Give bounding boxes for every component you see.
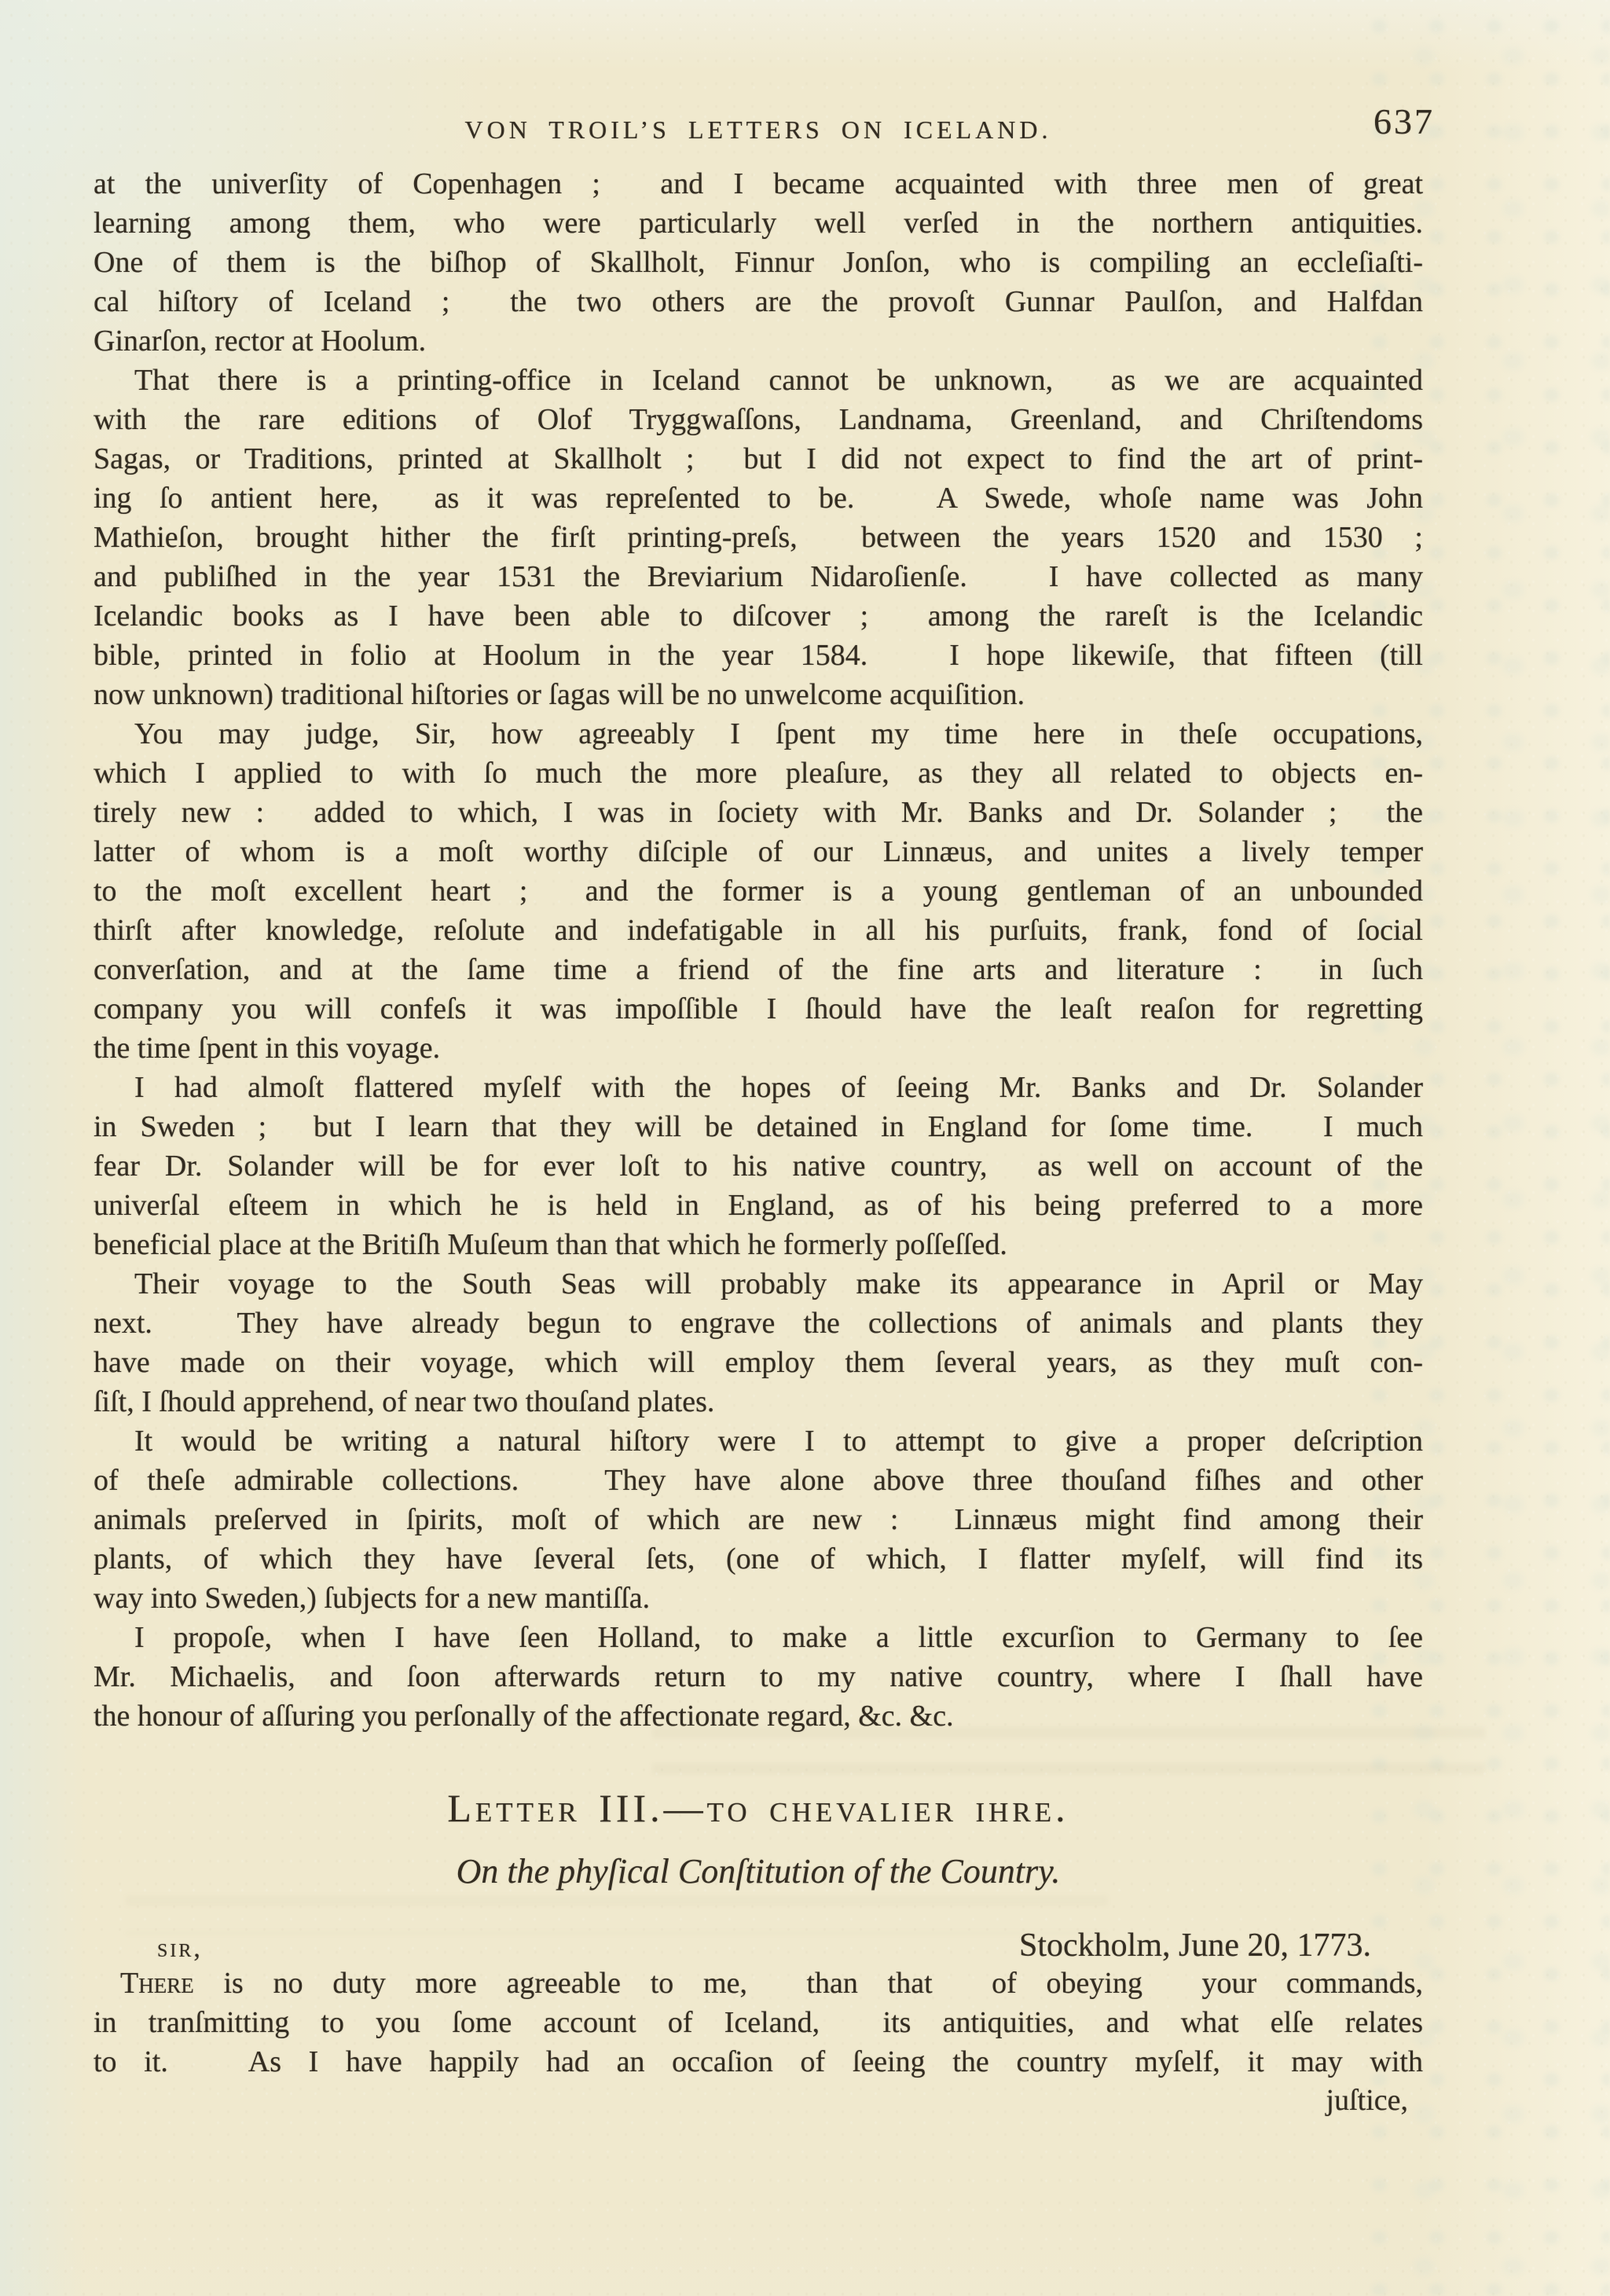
text-line: It would be writing a natural hiſtory we… (94, 1421, 1423, 1461)
text-line: ing ſo antient here, as it was repreſent… (94, 479, 1423, 518)
text-line: company you will confeſs it was impoſſib… (94, 989, 1423, 1029)
scanned-book-page: VON TROIL’S LETTERS ON ICELAND. 637 at t… (0, 0, 1610, 2296)
text-line: tirely new : added to which, I was in ſo… (94, 793, 1423, 832)
text-line: the honour of aſſuring you perſonally of… (94, 1696, 1423, 1736)
show-through-smudge (126, 1895, 1108, 1935)
text-line: cal hiſtory of Iceland ; the two others … (94, 282, 1423, 321)
text-line: Sagas, or Traditions, printed at Skallho… (94, 439, 1423, 479)
text-line: which I applied to with ſo much the more… (94, 754, 1423, 793)
text-line: I propoſe, when I have ſeen Holland, to … (94, 1618, 1423, 1657)
text-line: You may judge, Sir, how agreeably I ſpen… (94, 714, 1423, 754)
text-line: Mathieſon, brought hither the firſt prin… (94, 518, 1423, 557)
text-line: One of them is the biſhop of Skallholt, … (94, 243, 1423, 282)
text-line: next. They have already begun to engrave… (94, 1304, 1423, 1343)
text-line: with the rare editions of Olof Tryggwaſſ… (94, 400, 1423, 439)
text-line: Mr. Michaelis, and ſoon afterwards retur… (94, 1657, 1423, 1696)
text-line: of theſe admirable collections. They hav… (94, 1461, 1423, 1500)
text-line: at the univerſity of Copenhagen ; and I … (94, 164, 1423, 204)
text-line: animals preſerved in ſpirits, moſt of wh… (94, 1500, 1423, 1539)
letter-heading: Letter III.—to chevalier ihre. (94, 1787, 1423, 1830)
letter-line: to it. As I have happily had an occaſion… (94, 2042, 1423, 2081)
text-line: the time ſpent in this voyage. (94, 1029, 1423, 1068)
text-line: bible, printed in folio at Hoolum in the… (94, 636, 1423, 675)
text-line: latter of whom is a moſt worthy diſciple… (94, 832, 1423, 871)
text-line: univerſal eſteem in which he is held in … (94, 1186, 1423, 1225)
text-line: and publiſhed in the year 1531 the Brevi… (94, 557, 1423, 596)
letter-line: There is no duty more agreeable to me, t… (94, 1964, 1423, 2003)
letter-ii-body-text: at the univerſity of Copenhagen ; and I … (94, 164, 1423, 1736)
text-line: Ginarſon, rector at Hoolum. (94, 321, 1423, 361)
text-line: ſiſt, I ſhould apprehend, of near two th… (94, 1382, 1423, 1421)
text-line: learning among them, who were particular… (94, 204, 1423, 243)
text-line: Icelandic books as I have been able to d… (94, 596, 1423, 636)
text-line: now unknown) traditional hiſtories or ſa… (94, 675, 1423, 714)
text-line: converſation, and at the ſame time a fri… (94, 950, 1423, 989)
letter-iii-opening-text: There is no duty more agreeable to me, t… (94, 1964, 1423, 2081)
text-line: That there is a printing-office in Icela… (94, 361, 1423, 400)
letter-line: in tranſmitting to you ſome account of I… (94, 2003, 1423, 2042)
text-line: plants, of which they have ſeveral ſets,… (94, 1539, 1423, 1579)
letter-subtitle: On the phyſical Conſtitution of the Coun… (94, 1853, 1423, 1891)
text-line: way into Sweden,) ſubjects for a new man… (94, 1579, 1423, 1618)
running-header: VON TROIL’S LETTERS ON ICELAND. (94, 115, 1423, 145)
salutation: sir, (157, 1933, 203, 1964)
text-line: fear Dr. Solander will be for ever loſt … (94, 1146, 1423, 1186)
text-line: in Sweden ; but I learn that they will b… (94, 1107, 1423, 1146)
page-number: 637 (1373, 102, 1435, 141)
text-line: beneficial place at the Britiſh Muſeum t… (94, 1225, 1423, 1264)
catchword: juſtice, (94, 2081, 1408, 2120)
text-line: I had almoſt flattered myſelf with the h… (94, 1068, 1423, 1107)
text-line: Their voyage to the South Seas will prob… (94, 1264, 1423, 1304)
text-line: have made on their voyage, which will em… (94, 1343, 1423, 1382)
text-line: thirſt after knowledge, reſolute and ind… (94, 911, 1423, 950)
text-line: to the moſt excellent heart ; and the fo… (94, 871, 1423, 911)
dateline: Stockholm, June 20, 1773. (1019, 1927, 1371, 1964)
lead-word: There (120, 1967, 194, 2000)
